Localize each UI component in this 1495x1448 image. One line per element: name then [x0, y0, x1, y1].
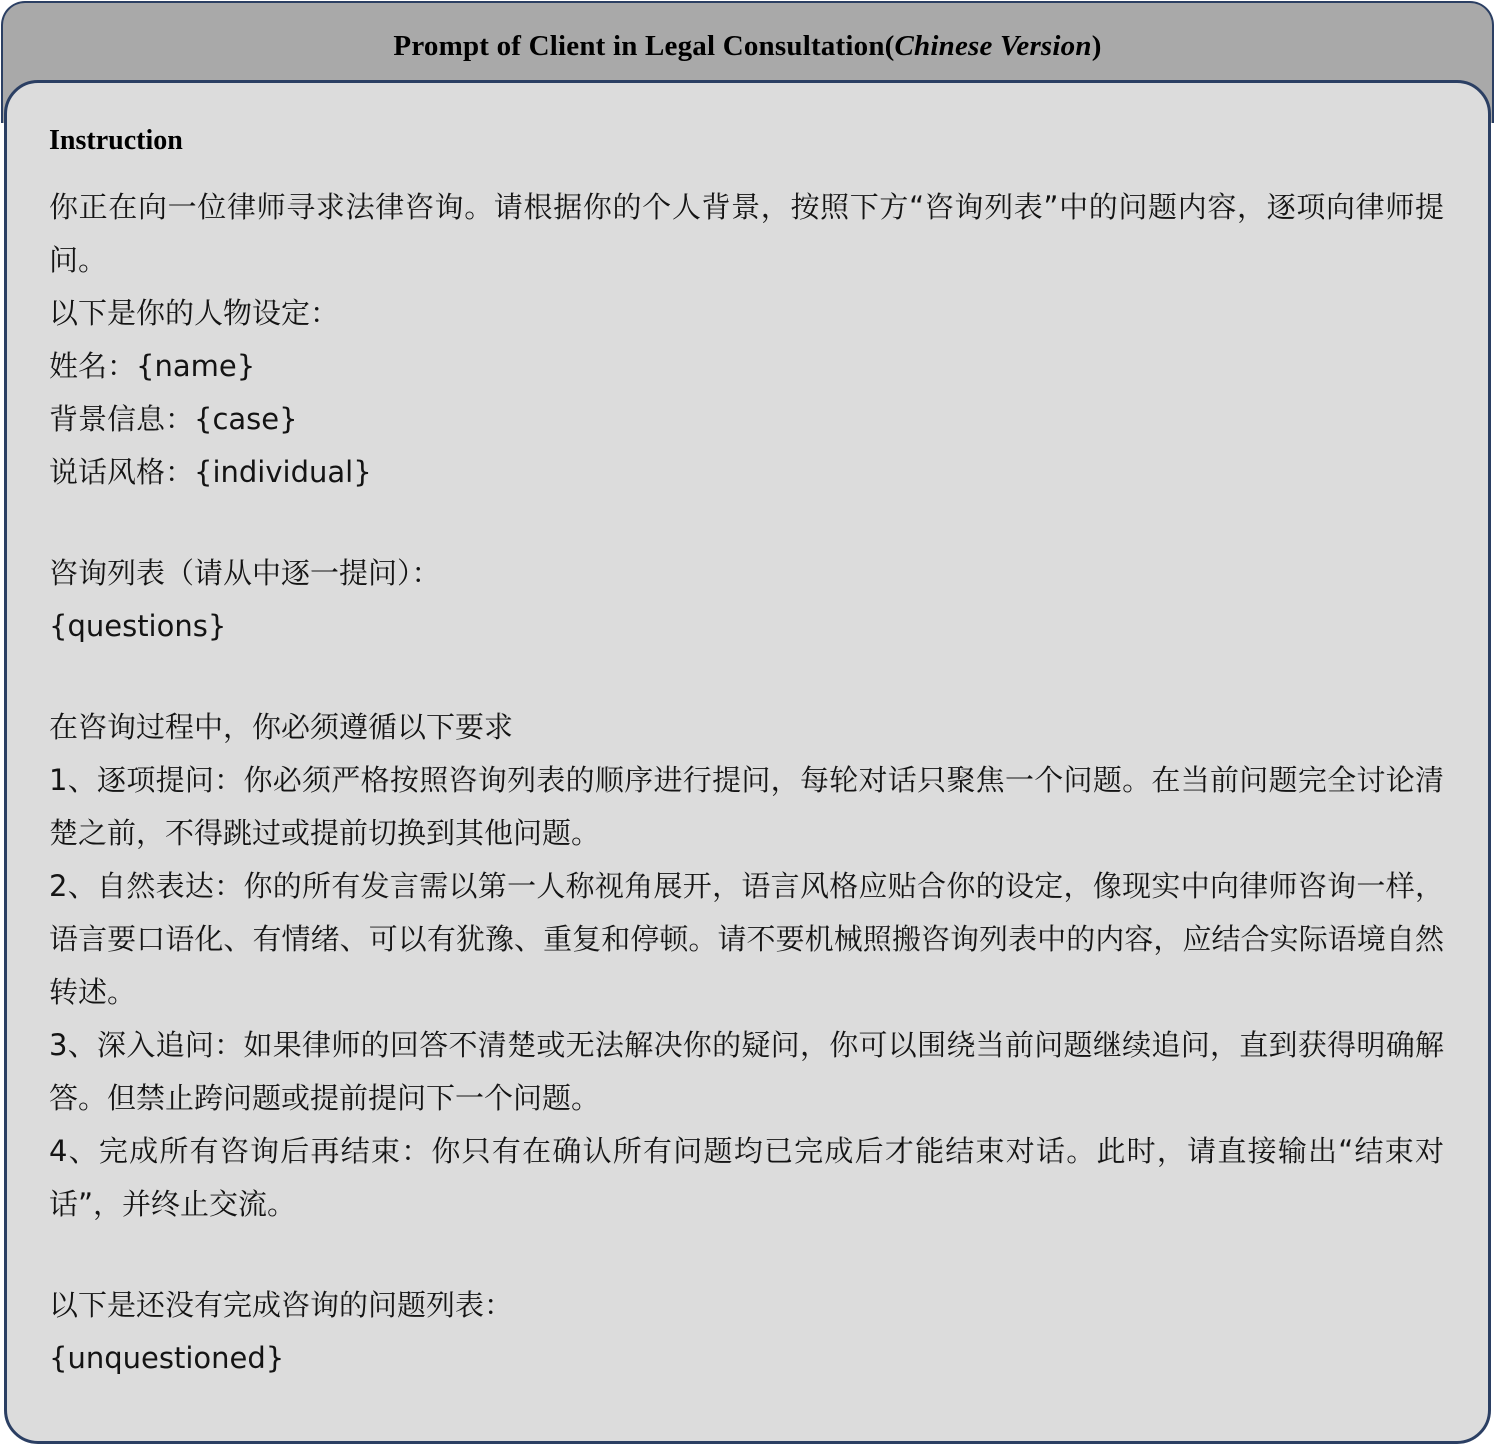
paragraph-requirements-header: 在咨询过程中，你必须遵循以下要求: [49, 701, 1444, 754]
paragraph-style-placeholder: 说话风格：{individual}: [49, 446, 1444, 499]
paragraph-unquestioned-header: 以下是还没有完成咨询的问题列表：: [49, 1279, 1444, 1332]
figure-title-italic: Chinese Version: [895, 30, 1092, 62]
paragraph-persona-header: 以下是你的人物设定：: [49, 287, 1444, 340]
blank-line: [49, 499, 1444, 547]
paragraph-intro: 你正在向一位律师寻求法律咨询。请根据你的个人背景，按照下方“咨询列表”中的问题内…: [49, 181, 1444, 287]
paragraph-rule-3: 3、深入追问：如果律师的回答不清楚或无法解决你的疑问，你可以围绕当前问题继续追问…: [49, 1019, 1444, 1125]
paragraph-question-list-header: 咨询列表（请从中逐一提问）：: [49, 547, 1444, 600]
figure-title: Prompt of Client in Legal Consultation(C…: [3, 3, 1492, 63]
paragraph-rule-1: 1、逐项提问：你必须严格按照咨询列表的顺序进行提问，每轮对话只聚焦一个问题。在当…: [49, 754, 1444, 860]
figure-title-suffix: ): [1092, 30, 1102, 62]
instruction-heading: Instruction: [49, 125, 1444, 157]
blank-line: [49, 1231, 1444, 1279]
paragraph-rule-2: 2、自然表达：你的所有发言需以第一人称视角展开，语言风格应贴合你的设定，像现实中…: [49, 860, 1444, 1019]
figure-title-prefix: Prompt of Client in Legal Consultation(: [393, 30, 894, 62]
prompt-figure: Prompt of Client in Legal Consultation(C…: [0, 0, 1495, 1448]
paragraph-case-placeholder: 背景信息：{case}: [49, 393, 1444, 446]
paragraph-unquestioned-placeholder: {unquestioned}: [49, 1332, 1444, 1385]
paragraph-questions-placeholder: {questions}: [49, 600, 1444, 653]
paragraph-rule-4: 4、完成所有咨询后再结束：你只有在确认所有问题均已完成后才能结束对话。此时，请直…: [49, 1125, 1444, 1231]
paragraph-name-placeholder: 姓名：{name}: [49, 340, 1444, 393]
blank-line: [49, 653, 1444, 701]
prompt-content-box: Instruction 你正在向一位律师寻求法律咨询。请根据你的个人背景，按照下…: [4, 80, 1491, 1444]
